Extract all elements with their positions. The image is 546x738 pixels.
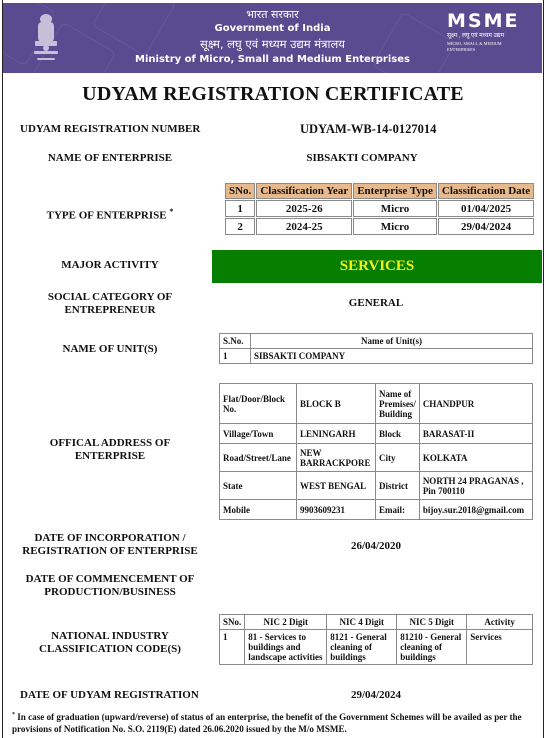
address-field-value: 9903609231 [297, 500, 376, 520]
units-header-sno: S.No. [220, 334, 251, 349]
incorporation-value: 26/04/2020 [276, 540, 476, 552]
msme-logo: MSME सूक्ष्म , लघु एवं मध्यम उद्यम MICRO… [447, 12, 529, 53]
header-banner: भारत सरकार Government of India सूक्ष्म, … [3, 3, 542, 73]
asterisk-marker: * [169, 207, 173, 216]
nic-cell: 81210 - General cleaning of buildings [397, 630, 467, 665]
table-row: 1 SIBSAKTI COMPANY [220, 349, 533, 364]
msme-logo-hindi: सूक्ष्म , लघु एवं मध्यम उद्यम [447, 32, 529, 41]
address-field-label: Village/Town [220, 424, 297, 444]
social-category-label-line2: ENTREPRENEUR [10, 304, 210, 317]
nic-cell: Services [467, 630, 533, 665]
units-cell-name: SIBSAKTI COMPANY [251, 349, 533, 364]
address-field-label: Road/Street/Lane [220, 444, 297, 472]
incorporation-label-line2: REGISTRATION OF ENTERPRISE [10, 545, 210, 558]
classification-cell: 2025-26 [256, 200, 352, 217]
address-table: Flat/Door/Block No.BLOCK BName of Premis… [219, 383, 533, 520]
msme-logo-text: MSME [447, 12, 529, 30]
units-cell-sno: 1 [220, 349, 251, 364]
address-field-value: bijoy.sur.2018@gmail.com [419, 500, 532, 520]
classification-table-header: SNo.Classification YearEnterprise TypeCl… [225, 183, 534, 199]
units-header-name: Name of Unit(s) [251, 334, 533, 349]
table-row: StateWEST BENGALDistrictNORTH 24 PRAGANA… [220, 472, 533, 500]
address-field-label: Email: [376, 500, 420, 520]
registration-number-value: UDYAM-WB-14-0127014 [300, 122, 460, 137]
table-row: 181 - Services to buildings and landscap… [220, 630, 533, 665]
enterprise-type-label: TYPE OF ENTERPRISE * [10, 205, 210, 223]
classification-cell: Micro [353, 218, 437, 235]
address-field-value: WEST BENGAL [297, 472, 376, 500]
address-field-value: NEW BARRACKPORE [297, 444, 376, 472]
footnote: * In case of graduation (upward/reverse)… [12, 709, 537, 735]
table-row: 22024-25Micro29/04/2024 [225, 218, 534, 235]
address-field-label: Name of Premises/ Building [376, 384, 420, 424]
nic-cell: 1 [220, 630, 245, 665]
udyam-date-value: 29/04/2024 [276, 689, 476, 701]
nic-table-header: SNo.NIC 2 DigitNIC 4 DigitNIC 5 DigitAct… [220, 615, 533, 630]
social-category-value: GENERAL [276, 297, 476, 309]
table-row: 12025-26Micro01/04/2025 [225, 200, 534, 217]
address-field-value: LENINGARH [297, 424, 376, 444]
classification-header-cell: Classification Date [438, 183, 534, 199]
commencement-label-line2: PRODUCTION/BUSINESS [10, 586, 210, 599]
classification-cell: 1 [225, 200, 255, 217]
nic-table: SNo.NIC 2 DigitNIC 4 DigitNIC 5 DigitAct… [219, 614, 533, 665]
nic-header-cell: Activity [467, 615, 533, 630]
address-field-value: BLOCK B [297, 384, 376, 424]
msme-logo-english: MICRO, SMALL & MEDIUM ENTERPRISES [447, 41, 529, 53]
enterprise-name-label: NAME OF ENTERPRISE [10, 152, 210, 165]
table-row: Village/TownLENINGARHBlockBARASAT-II [220, 424, 533, 444]
address-field-label: State [220, 472, 297, 500]
address-label: OFFICAL ADDRESS OF ENTERPRISE [10, 437, 210, 463]
address-field-value: NORTH 24 PRAGANAS , Pin 700110 [419, 472, 532, 500]
enterprise-name-value: SIBSAKTI COMPANY [262, 152, 462, 164]
social-category-label: SOCIAL CATEGORY OF ENTREPRENEUR [10, 291, 210, 317]
major-activity-label: MAJOR ACTIVITY [10, 259, 210, 272]
commencement-label-line1: DATE OF COMMENCEMENT OF [10, 573, 210, 586]
classification-header-cell: SNo. [225, 183, 255, 199]
nic-label-line1: NATIONAL INDUSTRY [10, 630, 210, 643]
nic-header-cell: NIC 5 Digit [397, 615, 467, 630]
classification-header-cell: Classification Year [256, 183, 352, 199]
nic-cell: 8121 - General cleaning of buildings [327, 630, 397, 665]
address-label-line1: OFFICAL ADDRESS OF [10, 437, 210, 450]
nic-label-line2: CLASSIFICATION CODE(S) [10, 643, 210, 656]
address-field-label: City [376, 444, 420, 472]
social-category-label-line1: SOCIAL CATEGORY OF [10, 291, 210, 304]
table-row: Road/Street/LaneNEW BARRACKPORECityKOLKA… [220, 444, 533, 472]
address-field-value: KOLKATA [419, 444, 532, 472]
nic-header-cell: NIC 2 Digit [245, 615, 327, 630]
english-ministry-text: Ministry of Micro, Small and Medium Ente… [3, 53, 542, 67]
commencement-label: DATE OF COMMENCEMENT OF PRODUCTION/BUSIN… [10, 573, 210, 599]
nic-header-cell: NIC 4 Digit [327, 615, 397, 630]
classification-cell: 01/04/2025 [438, 200, 534, 217]
major-activity-value: SERVICES [212, 250, 542, 283]
enterprise-type-label-text: TYPE OF ENTERPRISE [47, 210, 167, 222]
classification-header-cell: Enterprise Type [353, 183, 437, 199]
address-field-label: District [376, 472, 420, 500]
classification-table: SNo.Classification YearEnterprise TypeCl… [224, 182, 535, 236]
incorporation-label: DATE OF INCORPORATION / REGISTRATION OF … [10, 532, 210, 558]
address-field-value: BARASAT-II [419, 424, 532, 444]
classification-cell: Micro [353, 200, 437, 217]
nic-label: NATIONAL INDUSTRY CLASSIFICATION CODE(S) [10, 630, 210, 656]
units-label: NAME OF UNIT(S) [10, 343, 210, 356]
units-table-header: S.No. Name of Unit(s) [220, 334, 533, 349]
certificate-title: UDYAM REGISTRATION CERTIFICATE [0, 83, 546, 106]
table-row: Mobile9903609231Email:bijoy.sur.2018@gma… [220, 500, 533, 520]
udyam-date-label: DATE OF UDYAM REGISTRATION [20, 689, 220, 702]
address-field-value: CHANDPUR [419, 384, 532, 424]
nic-header-cell: SNo. [220, 615, 245, 630]
nic-cell: 81 - Services to buildings and landscape… [245, 630, 327, 665]
table-row: Flat/Door/Block No.BLOCK BName of Premis… [220, 384, 533, 424]
classification-cell: 29/04/2024 [438, 218, 534, 235]
classification-cell: 2 [225, 218, 255, 235]
incorporation-label-line1: DATE OF INCORPORATION / [10, 532, 210, 545]
address-label-line2: ENTERPRISE [10, 450, 210, 463]
address-field-label: Flat/Door/Block No. [220, 384, 297, 424]
address-field-label: Block [376, 424, 420, 444]
address-field-label: Mobile [220, 500, 297, 520]
classification-cell: 2024-25 [256, 218, 352, 235]
footnote-text: In case of graduation (upward/reverse) o… [12, 712, 522, 734]
registration-number-label: UDYAM REGISTRATION NUMBER [20, 123, 202, 136]
units-table: S.No. Name of Unit(s) 1 SIBSAKTI COMPANY [219, 333, 533, 364]
